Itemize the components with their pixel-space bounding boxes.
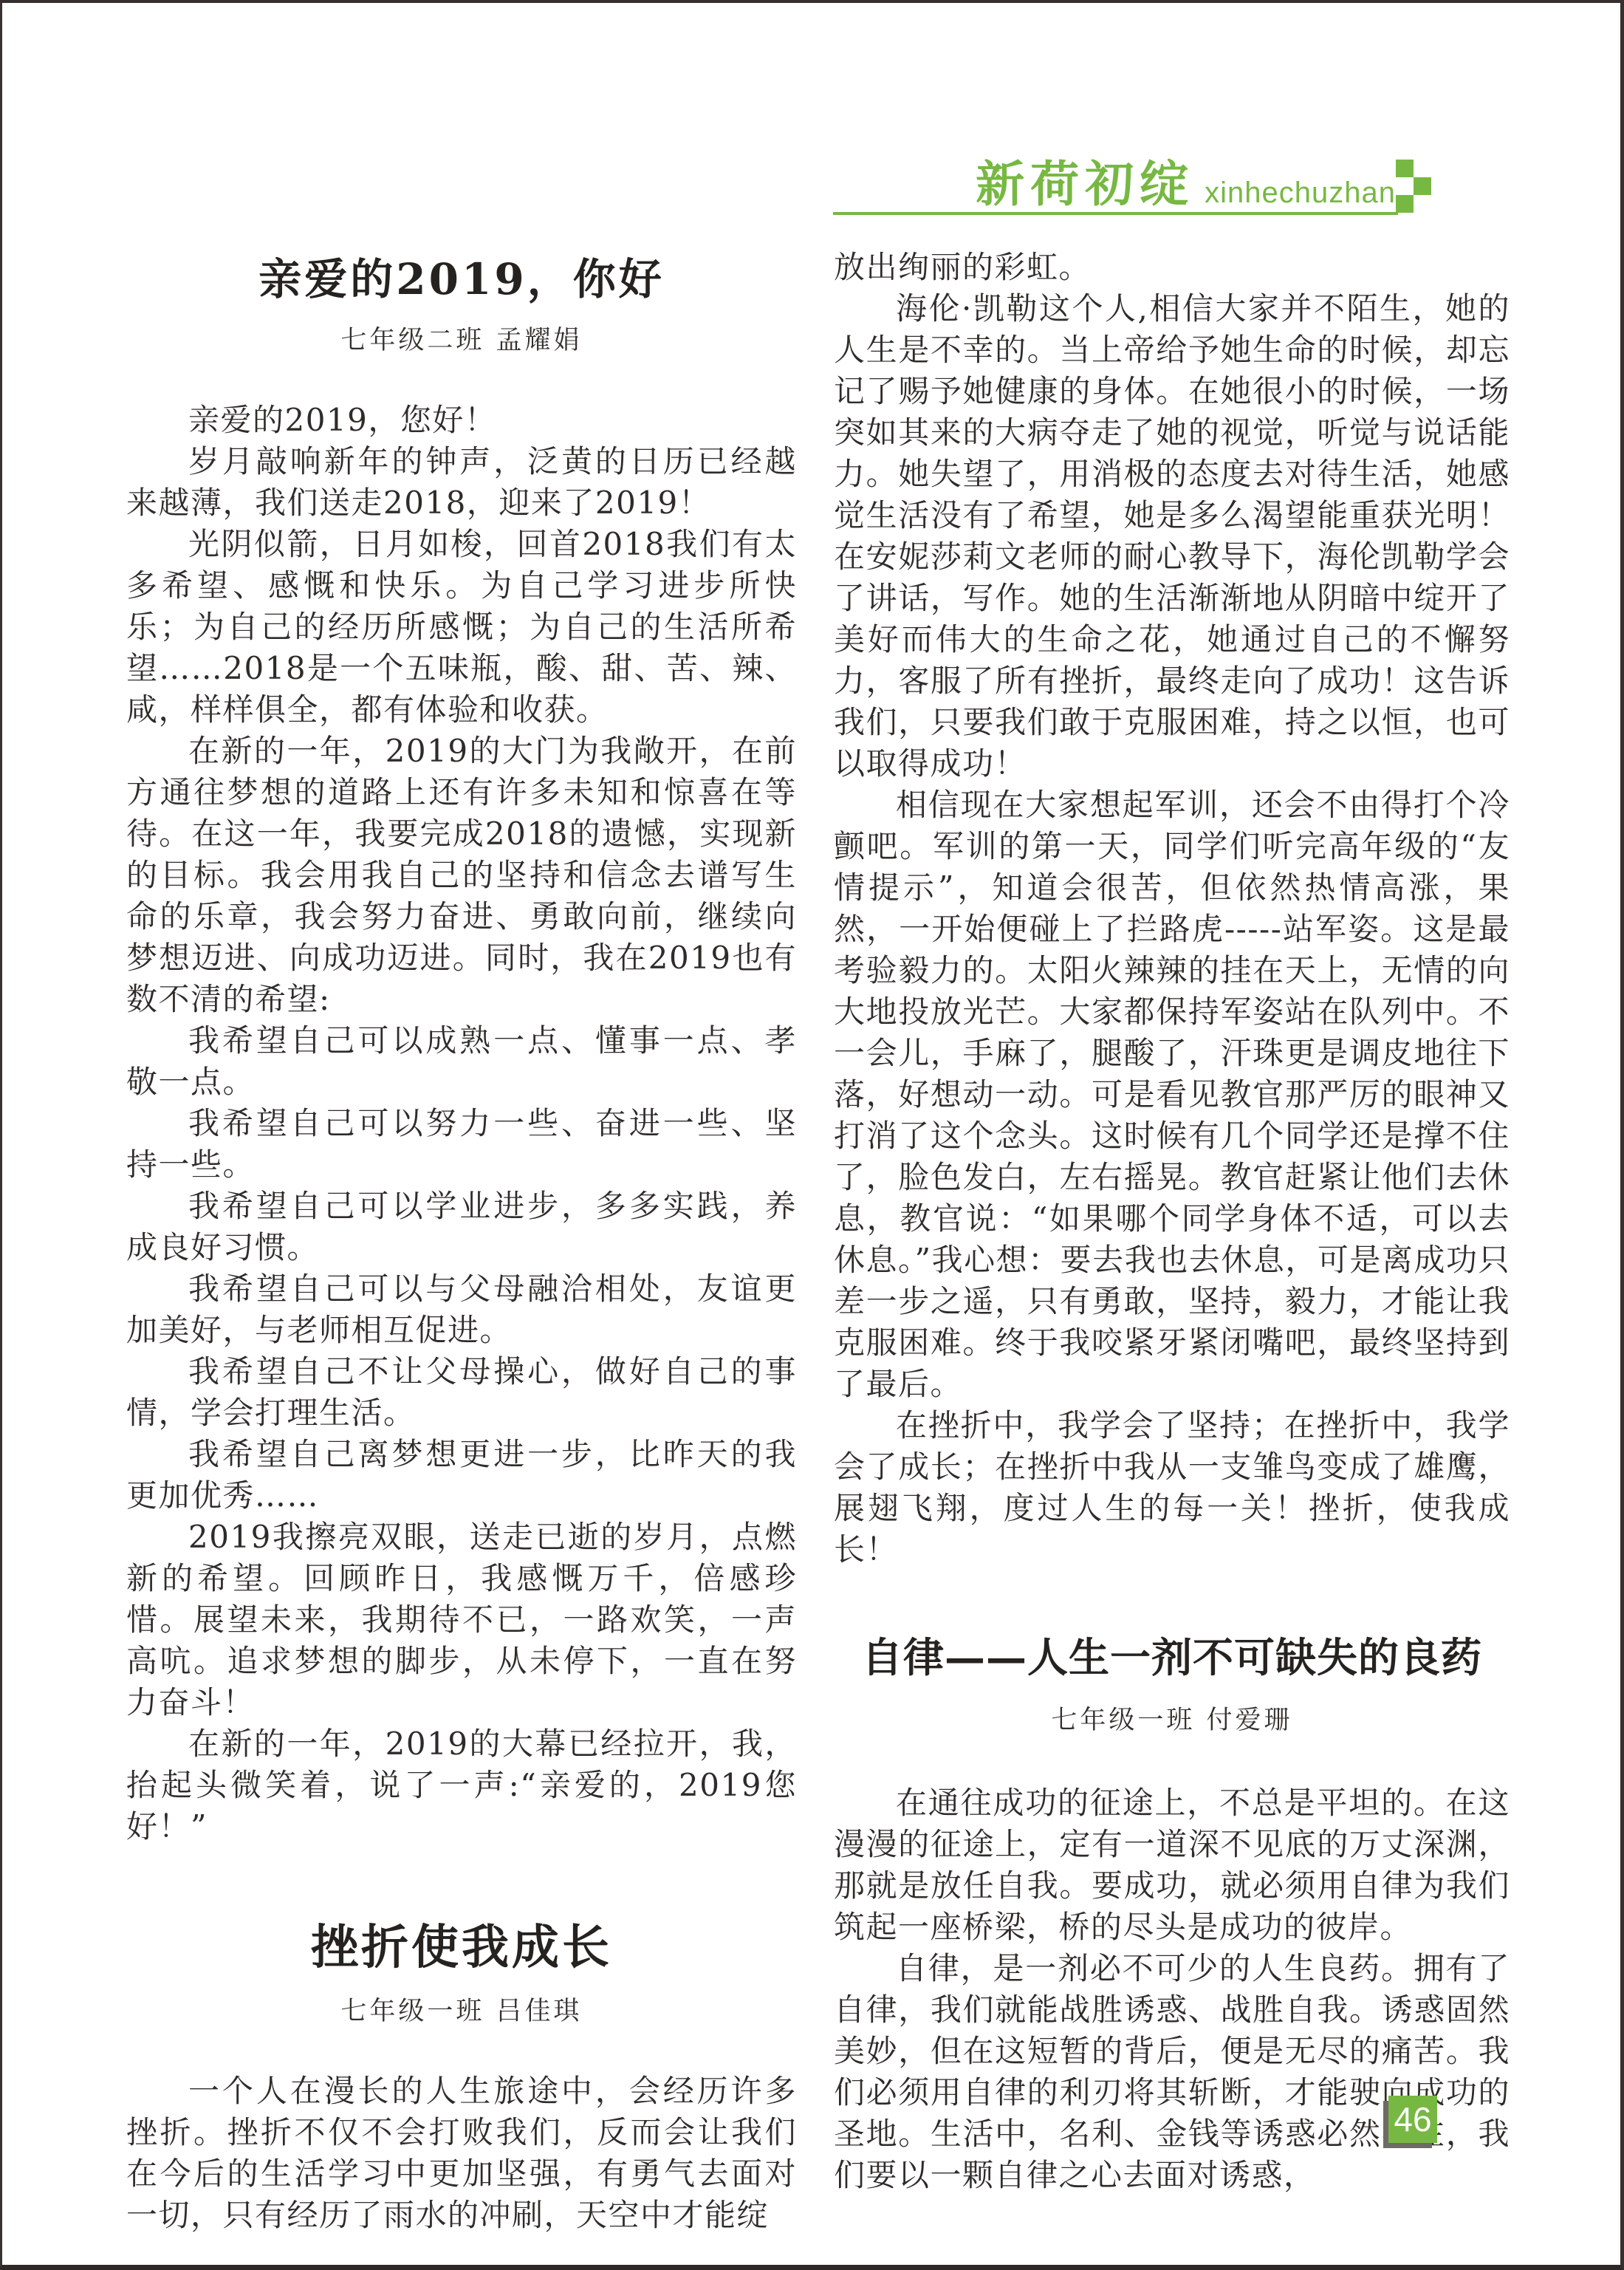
- body-paragraph: 我希望自己可以学业进步，多多实践，养成良好习惯。: [126, 1186, 797, 1268]
- body-paragraph: 亲爱的2019，您好！: [126, 400, 797, 441]
- logo-squares-icon: [1396, 160, 1434, 213]
- page-number-badge: 46: [1388, 2096, 1437, 2143]
- square-icon: [1414, 177, 1431, 195]
- square-icon: [1396, 195, 1414, 213]
- body-paragraph: 在新的一年，2019的大幕已经拉开，我，抬起头微笑着，说了一声:“亲爱的，201…: [126, 1723, 797, 1847]
- body-paragraph: 我希望自己可以努力一些、奋进一些、坚持一些。: [126, 1103, 797, 1186]
- body-paragraph: 一个人在漫长的人生旅途中，会经历许多挫折。挫折不仅不会打败我们，反而会让我们在今…: [126, 2071, 797, 2236]
- body-paragraph: 我希望自己可以与父母融洽相处，友谊更加美好，与老师相互促进。: [126, 1268, 797, 1351]
- right-column: 放出绚丽的彩虹。 海伦·凯勒这个人,相信大家并不陌生，她的人生是不幸的。当上帝给…: [834, 247, 1510, 2196]
- body-paragraph: 在通往成功的征途上，不总是平坦的。在这漫漫的征途上，定有一道深不见底的万丈深渊，…: [834, 1782, 1510, 1948]
- magazine-logo-pinyin: xinhechuzhan: [1205, 177, 1396, 208]
- body-paragraph: 海伦·凯勒这个人,相信大家并不陌生，她的人生是不幸的。当上帝给予她生命的时候，却…: [834, 288, 1510, 784]
- essay-author: 七年级一班 吕佳琪: [126, 1991, 797, 2028]
- body-paragraph: 在新的一年，2019的大门为我敞开，在前方通往梦想的道路上还有许多未知和惊喜在等…: [126, 731, 797, 1020]
- header-rule: [833, 212, 1398, 215]
- square-icon: [1396, 160, 1414, 177]
- essay-title: 自律——人生一剂不可缺失的良药: [834, 1633, 1510, 1683]
- body-paragraph: 我希望自己不让父母操心，做好自己的事情，学会打理生活。: [126, 1351, 797, 1434]
- body-paragraph: 放出绚丽的彩虹。: [834, 247, 1510, 288]
- essay-author: 七年级一班 付爱珊: [834, 1700, 1510, 1737]
- left-column: 亲爱的2019，你好 七年级二班 孟耀娟 亲爱的2019，您好！ 岁月敲响新年的…: [126, 253, 797, 2236]
- magazine-logo-text: 新荷初绽: [976, 160, 1194, 208]
- body-paragraph: 光阴似箭，日月如梭，回首2018我们有太多希望、感慨和快乐。为自己学习进步所快乐…: [126, 524, 797, 731]
- essay-author: 七年级二班 孟耀娟: [126, 320, 797, 357]
- magazine-logo: 新荷初绽 xinhechuzhan: [833, 148, 1396, 211]
- essay-title: 亲爱的2019，你好: [126, 253, 797, 307]
- body-paragraph: 我希望自己离梦想更进一步，比昨天的我更加优秀……: [126, 1434, 797, 1517]
- body-paragraph: 2019我擦亮双眼，送走已逝的岁月，点燃新的希望。回顾昨日，我感慨万千，倍感珍惜…: [126, 1517, 797, 1723]
- body-paragraph: 相信现在大家想起军训，还会不由得打个冷颤吧。军训的第一天，同学们听完高年级的“友…: [834, 784, 1510, 1405]
- magazine-page: 新荷初绽 xinhechuzhan 亲爱的2019，你好 七年级二班 孟耀娟 亲…: [0, 0, 1624, 2270]
- essay-title: 挫折使我成长: [126, 1918, 797, 1977]
- body-paragraph: 岁月敲响新年的钟声，泛黄的日历已经越来越薄，我们送走2018，迎来了2019！: [126, 441, 797, 524]
- body-paragraph: 在挫折中，我学会了坚持；在挫折中，我学会了成长；在挫折中我从一支雏鸟变成了雄鹰，…: [834, 1405, 1510, 1570]
- body-paragraph: 我希望自己可以成熟一点、懂事一点、孝敬一点。: [126, 1020, 797, 1103]
- body-paragraph: 自律，是一剂必不可少的人生良药。拥有了自律，我们就能战胜诱惑、战胜自我。诱惑固然…: [834, 1948, 1510, 2196]
